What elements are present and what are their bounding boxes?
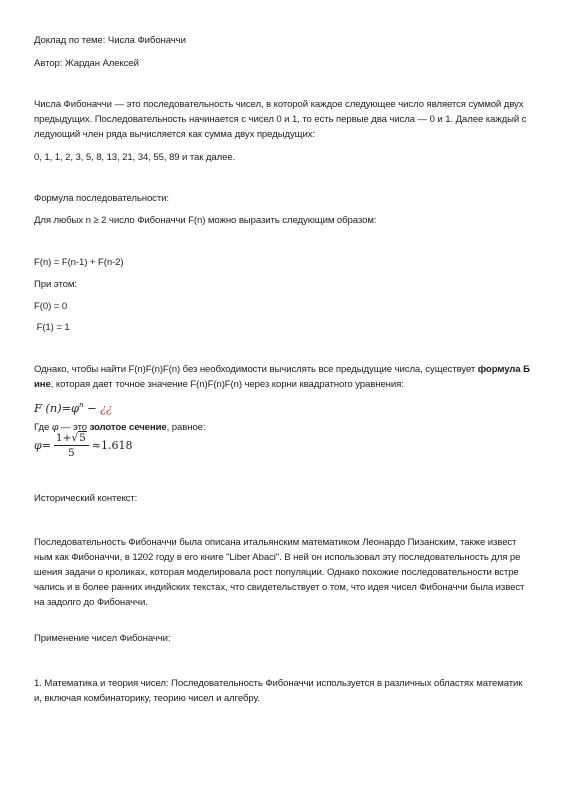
binet-formula-broken: ¿¿ (100, 401, 112, 415)
document-author: Автор: Жардан Алексей (34, 56, 534, 72)
intro-line-1: Числа Фибоначчи — это последовательность… (34, 97, 534, 113)
golden-eq-rhs: ≈1.618 (92, 439, 133, 452)
binet-formula-lhs: F (n)=φ (34, 401, 79, 415)
binet-line-1: Однако, чтобы найти F(n)F(n)F(n) без нео… (34, 362, 534, 378)
history-line-2: ным как Фибоначчи, в 1202 году в его кни… (34, 550, 534, 566)
golden-post: , равное: (167, 422, 206, 433)
history-line-4: чались и в более ранних индийских текста… (34, 580, 534, 596)
application-item-1-line-2: и, включая комбинаторику, теорию чисел и… (34, 691, 534, 707)
given-label: При этом: (34, 277, 534, 293)
binet-bold-2: ине (34, 379, 51, 390)
recurrence-formula: F(n) = F(n-1) + F(n-2) (34, 255, 534, 271)
binet-bold-1: формула Б (478, 364, 530, 375)
history-heading: Исторический контекст: (34, 491, 534, 507)
golden-eq-num-text: 1+ (56, 432, 71, 444)
intro-line-3: ледующий член ряда вычисляется как сумма… (34, 127, 534, 143)
sequence-line: 0, 1, 1, 2, 3, 5, 8, 13, 21, 34, 55, 89 … (34, 150, 534, 166)
base-case-1: F(1) = 1 (34, 320, 534, 336)
history-line-5: на задолго до Фибоначчи. (34, 595, 534, 611)
golden-eq-numerator: 1+√5 (54, 432, 89, 446)
golden-ratio-formula: φ= 1+√5 5 ≈1.618 (34, 432, 133, 459)
binet-text-post: , которая дает точное значение F(n)F(n)F… (51, 379, 404, 390)
history-line-1: Последовательность Фибоначчи была описан… (34, 535, 534, 551)
application-item-1-line-1: 1. Математика и теория чисел: Последоват… (34, 676, 534, 692)
golden-eq-denominator: 5 (68, 446, 75, 459)
golden-eq-sqrt: 5 (78, 431, 87, 444)
golden-eq-lhs: φ= (34, 439, 51, 452)
formula-intro: Для любых n ≥ 2 число Фибоначчи F(n) мож… (34, 213, 534, 229)
history-line-3: шения задачи о кроликах, которая моделир… (34, 565, 534, 581)
golden-eq-fraction: 1+√5 5 (54, 432, 89, 459)
binet-formula-minus: − (83, 401, 100, 415)
intro-line-2: предыдущих. Последовательность начинаетс… (34, 112, 534, 128)
binet-text-pre: Однако, чтобы найти F(n)F(n)F(n) без нео… (34, 364, 478, 375)
document-title: Доклад по теме: Числа Фибоначчи (34, 33, 534, 49)
binet-line-2: ине, которая дает точное значение F(n)F(… (34, 377, 534, 393)
applications-heading: Применение чисел Фибоначчи: (34, 631, 534, 647)
base-case-0: F(0) = 0 (34, 299, 534, 315)
binet-formula: F (n)=φn − ¿¿ (34, 398, 534, 417)
formula-heading: Формула последовательности: (34, 191, 534, 207)
